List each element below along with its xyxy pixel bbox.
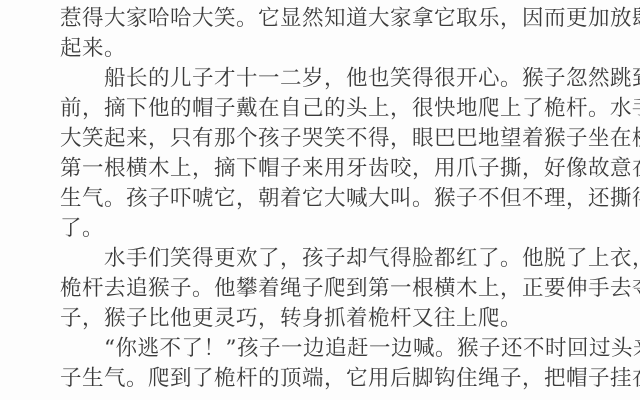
text-line: 子生气。爬到了桅杆的顶端，它用后脚钩住绳子，把帽子挂在最高 [60,364,588,394]
text-line: 惹得大家哈哈大笑。它显然知道大家拿它取乐，因而更加放肆 [60,4,588,34]
text-line: 起来。 [60,34,588,64]
text-line: 了。 [60,214,588,244]
text-line: 大笑起来，只有那个孩子哭笑不得，眼巴巴地望着猴子坐在桅杆的 [60,124,588,154]
text-line: 子，猴子比他更灵巧，转身抓着桅杆又往上爬。 [60,304,588,334]
text-line: 桅杆去追猴子。他攀着绳子爬到第一根横木上，正要伸手去夺帽 [60,274,588,304]
text-line: 第一根横木上，摘下帽子来用牙齿咬，用爪子撕，好像故意在逗他 [60,154,588,184]
text-line: 水手们笑得更欢了，孩子却气得脸都红了。他脱了上衣，爬上 [60,244,588,274]
text-line: 前，摘下他的帽子戴在自己的头上，很快地爬上了桅杆。水手们又 [60,94,588,124]
text-line: 生气。孩子吓唬它，朝着它大喊大叫。猴子不但不理，还撕得更凶 [60,184,588,214]
document-page: 惹得大家哈哈大笑。它显然知道大家拿它取乐，因而更加放肆 起来。 船长的儿子才十一… [0,0,640,400]
body-text: 惹得大家哈哈大笑。它显然知道大家拿它取乐，因而更加放肆 起来。 船长的儿子才十一… [60,4,588,394]
text-line: 船长的儿子才十一二岁，他也笑得很开心。猴子忽然跳到他面 [60,64,588,94]
text-line: “你逃不了！”孩子一边追赶一边喊。猴子还不时回过头来逗孩 [60,334,588,364]
